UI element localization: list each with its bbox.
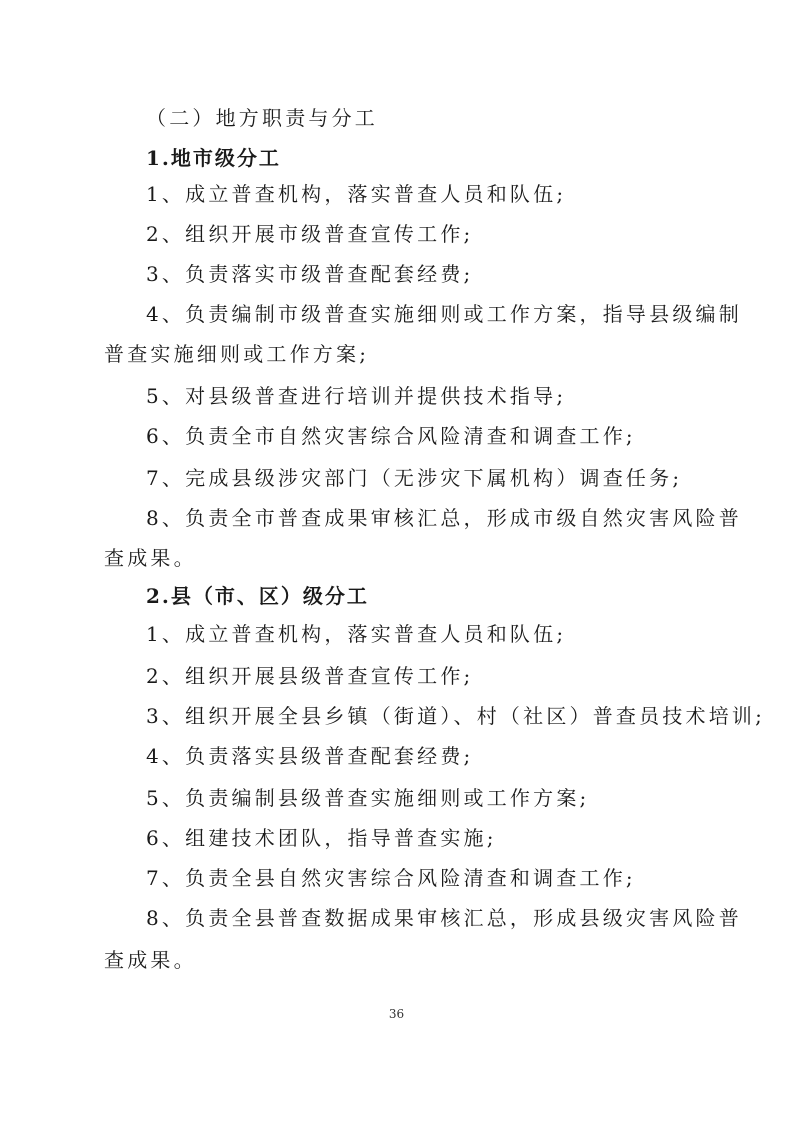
list-item: 8、负责全市普查成果审核汇总，形成市级自然灾害风险普 <box>146 506 746 530</box>
list-item: 7、完成县级涉灾部门（无涉灾下属机构）调查任务; <box>146 466 746 490</box>
list-item: 1、成立普查机构，落实普查人员和队伍; <box>146 182 746 206</box>
list-item: 5、对县级普查进行培训并提供技术指导; <box>146 384 746 408</box>
list-item: 3、负责落实市级普查配套经费; <box>146 262 746 286</box>
page-number: 36 <box>0 1007 793 1021</box>
list-item: 7、负责全县自然灾害综合风险清查和调查工作; <box>146 866 746 890</box>
list-item: 1、成立普查机构，落实普查人员和队伍; <box>146 622 746 646</box>
list-item: 8、负责全县普查数据成果审核汇总，形成县级灾害风险普 <box>146 906 746 930</box>
list-item: 6、负责全市自然灾害综合风险清查和调查工作; <box>146 424 746 448</box>
list-item: 2、组织开展市级普查宣传工作; <box>146 222 746 246</box>
subsection-heading-county: 2.县（市、区）级分工 <box>146 584 746 608</box>
list-item: 5、负责编制县级普查实施细则或工作方案; <box>146 786 746 810</box>
section-title: （二）地方职责与分工 <box>146 106 746 130</box>
document-page: （二）地方职责与分工 1.地市级分工 1、成立普查机构，落实普查人员和队伍; 2… <box>0 0 793 1122</box>
list-item: 4、负责落实县级普查配套经费; <box>146 744 746 768</box>
list-item: 6、组建技术团队，指导普查实施; <box>146 826 746 850</box>
subsection-heading-city: 1.地市级分工 <box>146 146 746 170</box>
list-item-continuation: 查成果。 <box>104 546 704 570</box>
list-item-continuation: 普查实施细则或工作方案; <box>104 342 704 366</box>
list-item-continuation: 查成果。 <box>104 948 704 972</box>
list-item: 2、组织开展县级普查宣传工作; <box>146 664 746 688</box>
list-item: 4、负责编制市级普查实施细则或工作方案，指导县级编制 <box>146 302 746 326</box>
list-item: 3、组织开展全县乡镇（街道）、村（社区）普查员技术培训; <box>146 704 746 728</box>
